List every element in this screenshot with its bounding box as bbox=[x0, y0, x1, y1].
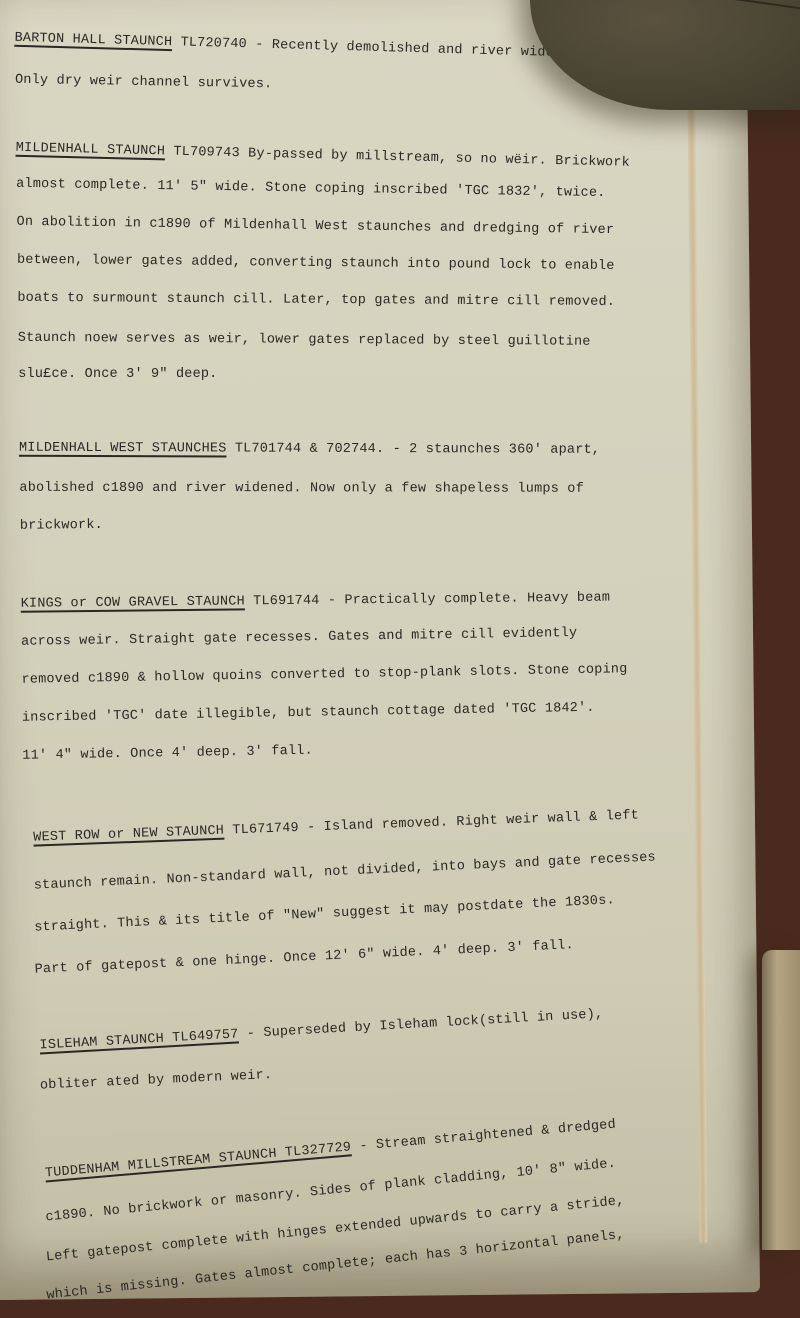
entry-line: Part of gatepost & one hinge. Once 12' 6… bbox=[34, 939, 574, 977]
entry-line: - Recently demolished and river widened. bbox=[247, 37, 588, 61]
entry-line: - Superseded by Isleham lock(still in us… bbox=[238, 1007, 604, 1042]
entry-line: - Stream straightened & dredged bbox=[351, 1118, 617, 1156]
entry-line: - Practically complete. Heavy beam bbox=[319, 591, 610, 609]
entry-line: On abolition in c1890 of Mildenhall West… bbox=[16, 216, 614, 238]
entry-line: obliter ated by modern weir. bbox=[40, 1069, 273, 1093]
typed-page: BARTON HALL STAUNCH TL720740 - Recently … bbox=[0, 0, 760, 1300]
entry-heading: TUDDENHAM MILLSTREAM STAUNCH TL327729 bbox=[45, 1140, 352, 1181]
entry-line: Staunch noew serves as weir, lower gates… bbox=[18, 332, 591, 349]
entry-line: removed c1890 & hollow quoins converted … bbox=[21, 663, 627, 687]
entry-heading: WEST ROW or NEW STAUNCH bbox=[33, 824, 224, 846]
grid-ref: TL691744 bbox=[253, 594, 320, 610]
entry-line: By-passed by millstream, so no wëir. Bri… bbox=[240, 146, 630, 171]
grid-ref: TL720740 bbox=[180, 35, 247, 52]
entry-heading: MILDENHALL STAUNCH bbox=[16, 141, 166, 160]
entry-line: which is missing. Gates almost complete;… bbox=[46, 1229, 625, 1303]
entry-line: between, lower gates added, converting s… bbox=[17, 254, 615, 274]
entry-heading: MILDENHALL WEST STAUNCHES bbox=[19, 441, 227, 457]
page-edge bbox=[687, 93, 707, 1243]
entry-heading: BARTON HALL STAUNCH bbox=[14, 31, 172, 50]
grid-ref: TL701744 bbox=[235, 442, 301, 457]
entry-line: across weir. Straight gate recesses. Gat… bbox=[21, 627, 577, 649]
entry-line: staunch remain. Non-standard wall, not d… bbox=[34, 851, 657, 893]
entry-heading: ISLEHAM STAUNCH TL649757 bbox=[39, 1027, 239, 1053]
entry-line: slu£ce. Once 3' 9" deep. bbox=[18, 368, 217, 382]
entry-line: inscribed 'TGC' date illegible, but stau… bbox=[22, 702, 595, 725]
grid-ref: TL709743 bbox=[173, 145, 240, 162]
entry-line: Only dry weir channel survives. bbox=[15, 74, 273, 92]
entry-line: 11' 4" wide. Once 4' deep. 3' fall. bbox=[22, 745, 313, 764]
entry-line: & 702744. - 2 staunches 360' apart, bbox=[301, 442, 600, 458]
entry-line: - Island removed. Right weir wall & left bbox=[299, 808, 640, 835]
entry-line: abolished c1890 and river widened. Now o… bbox=[19, 482, 584, 496]
entry-line: almost complete. 11' 5" wide. Stone copi… bbox=[16, 178, 606, 201]
entry-line: boats to surmount staunch cill. Later, t… bbox=[17, 292, 615, 310]
grid-ref: TL671749 bbox=[232, 821, 299, 838]
binding-cloth-right bbox=[762, 950, 800, 1250]
entry-line: straight. This & its title of "New" sugg… bbox=[34, 894, 615, 935]
entry-heading: KINGS or COW GRAVEL STAUNCH bbox=[21, 594, 245, 611]
entry-line: brickwork. bbox=[20, 519, 103, 533]
